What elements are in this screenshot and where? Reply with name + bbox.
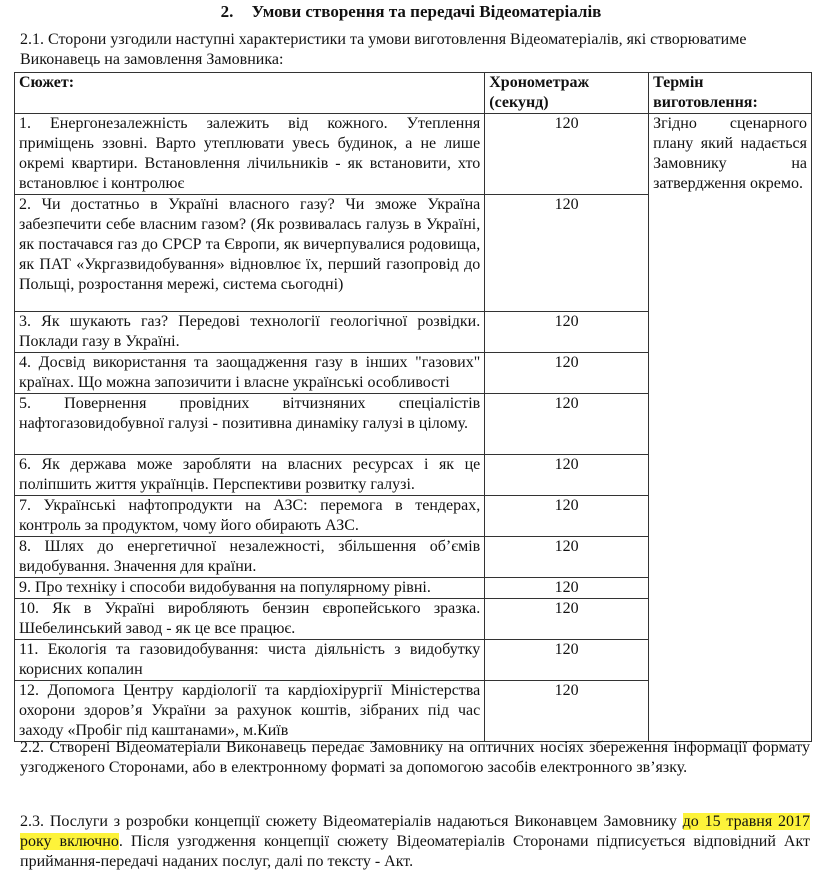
clause-2-1: 2.1. Сторони узгодили наступні характери…	[20, 30, 810, 70]
duration-cell: 120	[485, 195, 649, 312]
clause-2-3-text-before: 2.3. Послуги з розробки концепції сюжету…	[20, 813, 683, 830]
clause-2-3-text-after: . Після узгодження концепції сюжету Віде…	[20, 833, 810, 870]
duration-cell: 120	[485, 681, 649, 742]
header-duration: Хронометраж (секунд)	[485, 73, 649, 114]
topic-cell: 10. Як в Україні виробляють бензин європ…	[15, 599, 485, 640]
topic-cell: 2. Чи достатньо в Україні власного газу?…	[15, 195, 485, 312]
table-header-row: Сюжет: Хронометраж (секунд) Термін вигот…	[15, 73, 812, 114]
topic-cell: 5. Повернення провідних вітчизняних спец…	[15, 394, 485, 455]
topic-cell: 6. Як держава може заробляти на власних …	[15, 455, 485, 496]
table-row: 1. Енергонезалежність залежить від кожно…	[15, 114, 812, 195]
duration-cell: 120	[485, 312, 649, 353]
section-title: Умови створення та передачі Відеоматеріа…	[252, 2, 602, 21]
header-term: Термін виготовлення:	[649, 73, 812, 114]
duration-cell: 120	[485, 640, 649, 681]
duration-cell: 120	[485, 353, 649, 394]
clause-2-3: 2.3. Послуги з розробки концепції сюжету…	[20, 812, 810, 872]
clause-2-2: 2.2. Створені Відеоматеріали Виконавець …	[20, 738, 810, 778]
duration-cell: 120	[485, 537, 649, 578]
topic-cell: 8. Шлях до енергетичної незалежності, зб…	[15, 537, 485, 578]
section-number: 2.	[221, 2, 234, 21]
duration-cell: 120	[485, 578, 649, 599]
topic-cell: 1. Енергонезалежність залежить від кожно…	[15, 114, 485, 195]
section-heading: 2. Умови створення та передачі Відеомате…	[0, 2, 822, 22]
videomaterials-table: Сюжет: Хронометраж (секунд) Термін вигот…	[14, 72, 812, 742]
duration-cell: 120	[485, 455, 649, 496]
duration-cell: 120	[485, 496, 649, 537]
topic-cell: 12. Допомога Центру кардіології та карді…	[15, 681, 485, 742]
topic-cell: 9. Про техніку і способи видобування на …	[15, 578, 485, 599]
duration-cell: 120	[485, 394, 649, 455]
duration-cell: 120	[485, 114, 649, 195]
topic-cell: 7. Українські нафтопродукти на АЗС: пере…	[15, 496, 485, 537]
topic-cell: 3. Як шукають газ? Передові технології г…	[15, 312, 485, 353]
duration-cell: 120	[485, 599, 649, 640]
term-cell: Згідно сценарного плану який надається З…	[649, 114, 812, 742]
topic-cell: 4. Досвід використання та заощадження га…	[15, 353, 485, 394]
header-topic: Сюжет:	[15, 73, 485, 114]
topic-cell: 11. Екологія та газовидобування: чиста д…	[15, 640, 485, 681]
